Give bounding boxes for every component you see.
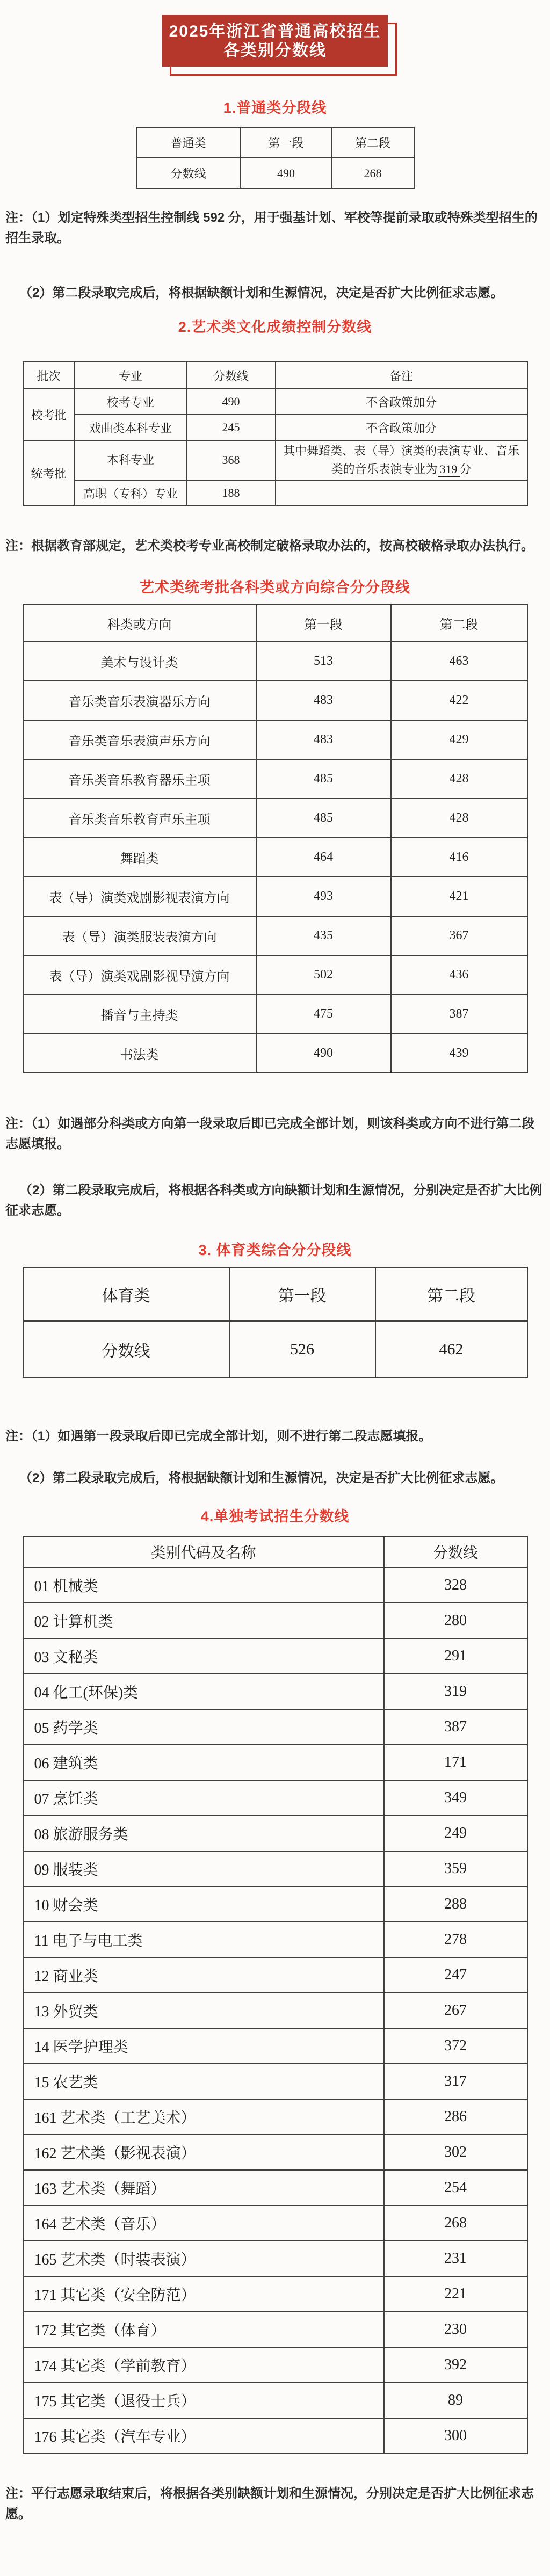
- score-cell: 268: [384, 2205, 527, 2241]
- table-row: 12 商业类 247: [23, 1957, 527, 1993]
- note-text: 注：（1）如遇第一段录取后即已完成全部计划，则不进行第二段志愿填报。: [5, 1426, 544, 1447]
- category-code-cell: 07 烹饪类: [23, 1780, 384, 1816]
- score-cell: 367: [391, 916, 527, 955]
- table-row: 表（导）演类戏剧影视导演方向 502 436: [23, 955, 527, 995]
- score-cell: 254: [384, 2170, 527, 2205]
- table-row: 162 艺术类（影视表演） 302: [23, 2135, 527, 2170]
- category-code-cell: 03 文秘类: [23, 1638, 384, 1674]
- general-category-table: 普通类 第一段 第二段 分数线 490 268: [136, 127, 415, 189]
- remark-cell: 其中舞蹈类、表（导）演类的表演专业、音乐类的音乐表演专业为319分: [276, 440, 527, 480]
- table-row: 164 艺术类（音乐） 268: [23, 2205, 527, 2241]
- table-row: 08 旅游服务类 249: [23, 1816, 527, 1851]
- score-cell: 89: [384, 2383, 527, 2418]
- page-title-line2: 各类别分数线: [162, 41, 388, 61]
- category-code-cell: 06 建筑类: [23, 1745, 384, 1780]
- score-cell: 422: [391, 681, 527, 720]
- score-cell: 288: [384, 1886, 527, 1922]
- category-code-cell: 13 外贸类: [23, 1993, 384, 2028]
- score-cell: 436: [391, 955, 527, 995]
- remark-cell: 不含政策加分: [276, 389, 527, 415]
- score-cell: 171: [384, 1745, 527, 1780]
- arts-comprehensive-body: 美术与设计类 513 463 音乐类音乐表演器乐方向 483 422 音乐类音乐…: [23, 642, 527, 1073]
- table-row: 音乐类音乐教育器乐主项 485 428: [23, 759, 527, 799]
- score-cell: 387: [391, 995, 527, 1034]
- category-cell: 播音与主持类: [23, 995, 256, 1034]
- remark-cell: [276, 480, 527, 506]
- note-text: 注：根据教育部规定，艺术类校考专业高校制定破格录取办法的，按高校破格录取办法执行…: [5, 536, 544, 556]
- score-cell: 513: [256, 642, 391, 681]
- document-page: 2025年浙江省普通高校招生 各类别分数线 1.普通类分段线 普通类 第一段 第…: [0, 0, 550, 2548]
- sports-table: 体育类 第一段 第二段 分数线 526 462: [23, 1267, 528, 1378]
- category-code-cell: 01 机械类: [23, 1568, 384, 1603]
- table-row: 172 其它类（体育） 230: [23, 2312, 527, 2347]
- score-cell: 286: [384, 2099, 527, 2135]
- table-row: 03 文秘类 291: [23, 1638, 527, 1674]
- note-text: （2）第二段录取完成后，将根据各科类或方向缺额计划和生源情况，分别决定是否扩大比…: [5, 1180, 544, 1221]
- section3-title: 3. 体育类综合分分段线: [0, 1242, 550, 1259]
- category-cell: 表（导）演类服装表演方向: [23, 916, 256, 955]
- score-cell: 483: [256, 681, 391, 720]
- remark-underlined-score: 319: [438, 462, 460, 477]
- table-row: 音乐类音乐表演声乐方向 483 429: [23, 720, 527, 759]
- category-cell: 舞蹈类: [23, 838, 256, 877]
- category-code-cell: 161 艺术类（工艺美术）: [23, 2099, 384, 2135]
- header-cell: 第一段: [256, 604, 391, 642]
- page-title-line1: 2025年浙江省普通高校招生: [162, 22, 388, 41]
- category-cell: 美术与设计类: [23, 642, 256, 681]
- score-cell: 428: [391, 799, 527, 838]
- category-code-cell: 174 其它类（学前教育）: [23, 2347, 384, 2383]
- table-row: 分数线 526 462: [23, 1321, 527, 1377]
- header-cell: 类别代码及名称: [23, 1536, 384, 1568]
- table-row: 13 外贸类 267: [23, 1993, 527, 2028]
- category-code-cell: 08 旅游服务类: [23, 1816, 384, 1851]
- score-cell: 490: [256, 1034, 391, 1073]
- header-cell: 第二段: [332, 127, 414, 158]
- score-cell: 317: [384, 2064, 527, 2099]
- score-cell: 435: [256, 916, 391, 955]
- score-cell: 392: [384, 2347, 527, 2383]
- category-code-cell: 05 药学类: [23, 1709, 384, 1745]
- table-row: 10 财会类 288: [23, 1886, 527, 1922]
- score-cell: 387: [384, 1709, 527, 1745]
- header-cell: 普通类: [136, 127, 241, 158]
- score-cell: 485: [256, 759, 391, 799]
- page-title-banner: 2025年浙江省普通高校招生 各类别分数线: [162, 15, 388, 67]
- score-cell: 328: [384, 1568, 527, 1603]
- score-cell: 302: [384, 2135, 527, 2170]
- score-cell: 490: [241, 158, 332, 188]
- score-cell: 428: [391, 759, 527, 799]
- category-code-cell: 04 化工(环保)类: [23, 1674, 384, 1709]
- batch-cell: 统考批: [23, 440, 75, 506]
- table-header-row: 普通类 第一段 第二段: [136, 127, 414, 158]
- table-row: 14 医学护理类 372: [23, 2028, 527, 2064]
- table-row: 统考批 本科专业 368 其中舞蹈类、表（导）演类的表演专业、音乐类的音乐表演专…: [23, 440, 527, 480]
- category-cell: 音乐类音乐教育器乐主项: [23, 759, 256, 799]
- table-row: 06 建筑类 171: [23, 1745, 527, 1780]
- score-cell: 429: [391, 720, 527, 759]
- table-row: 04 化工(环保)类 319: [23, 1674, 527, 1709]
- category-code-cell: 163 艺术类（舞蹈）: [23, 2170, 384, 2205]
- score-cell: 278: [384, 1922, 527, 1957]
- category-code-cell: 162 艺术类（影视表演）: [23, 2135, 384, 2170]
- category-cell: 表（导）演类戏剧影视表演方向: [23, 877, 256, 916]
- score-cell: 245: [187, 415, 276, 440]
- table-row: 07 烹饪类 349: [23, 1780, 527, 1816]
- major-cell: 本科专业: [75, 440, 187, 480]
- remark-cell: 不含政策加分: [276, 415, 527, 440]
- arts-comprehensive-table: 科类或方向 第一段 第二段 美术与设计类 513 463 音乐类音乐表演器乐方向…: [23, 604, 528, 1073]
- score-cell: 359: [384, 1851, 527, 1886]
- table-row: 校考批 校考专业 490 不含政策加分: [23, 389, 527, 415]
- score-cell: 221: [384, 2276, 527, 2312]
- table-header-row: 体育类 第一段 第二段: [23, 1267, 527, 1321]
- score-cell: 349: [384, 1780, 527, 1816]
- header-cell: 专业: [75, 362, 187, 389]
- category-cell: 书法类: [23, 1034, 256, 1073]
- header-cell: 备注: [276, 362, 527, 389]
- remark-text: 其中舞蹈类、表（导）演类的表演专业、音乐类的音乐表演专业为: [283, 444, 519, 476]
- category-code-cell: 172 其它类（体育）: [23, 2312, 384, 2347]
- category-cell: 音乐类音乐表演声乐方向: [23, 720, 256, 759]
- score-cell: 249: [384, 1816, 527, 1851]
- score-cell: 416: [391, 838, 527, 877]
- table-row: 174 其它类（学前教育） 392: [23, 2347, 527, 2383]
- category-code-cell: 09 服装类: [23, 1851, 384, 1886]
- score-cell: 502: [256, 955, 391, 995]
- header-cell: 体育类: [23, 1267, 229, 1321]
- table-row: 165 艺术类（时装表演） 231: [23, 2241, 527, 2276]
- score-cell: 247: [384, 1957, 527, 1993]
- score-cell: 230: [384, 2312, 527, 2347]
- category-cell: 音乐类音乐表演器乐方向: [23, 681, 256, 720]
- score-cell: 231: [384, 2241, 527, 2276]
- header-cell: 分数线: [187, 362, 276, 389]
- score-cell: 267: [384, 1993, 527, 2028]
- category-code-cell: 12 商业类: [23, 1957, 384, 1993]
- score-cell: 439: [391, 1034, 527, 1073]
- category-code-cell: 164 艺术类（音乐）: [23, 2205, 384, 2241]
- category-code-cell: 14 医学护理类: [23, 2028, 384, 2064]
- major-cell: 校考专业: [75, 389, 187, 415]
- category-cell: 表（导）演类戏剧影视导演方向: [23, 955, 256, 995]
- header-cell: 分数线: [384, 1536, 527, 1568]
- major-cell: 戏曲类本科专业: [75, 415, 187, 440]
- table-row: 15 农艺类 317: [23, 2064, 527, 2099]
- score-cell: 368: [187, 440, 276, 480]
- note-text: 注：（1）划定特殊类型招生控制线 592 分，用于强基计划、军校等提前录取或特殊…: [5, 208, 544, 249]
- category-code-cell: 15 农艺类: [23, 2064, 384, 2099]
- score-cell: 268: [332, 158, 414, 188]
- score-cell: 280: [384, 1603, 527, 1638]
- table-row: 175 其它类（退役士兵） 89: [23, 2383, 527, 2418]
- table-row: 02 计算机类 280: [23, 1603, 527, 1638]
- score-cell: 463: [391, 642, 527, 681]
- table-row: 171 其它类（安全防范） 221: [23, 2276, 527, 2312]
- table-row: 05 药学类 387: [23, 1709, 527, 1745]
- score-cell: 493: [256, 877, 391, 916]
- table-row: 书法类 490 439: [23, 1034, 527, 1073]
- table-header-row: 科类或方向 第一段 第二段: [23, 604, 527, 642]
- score-cell: 490: [187, 389, 276, 415]
- score-cell: 464: [256, 838, 391, 877]
- separate-exam-body: 01 机械类 328 02 计算机类 280 03 文秘类 291 04 化工(…: [23, 1568, 527, 2454]
- table-row: 音乐类音乐教育声乐主项 485 428: [23, 799, 527, 838]
- section1-title: 1.普通类分段线: [0, 99, 550, 117]
- arts-culture-table: 批次 专业 分数线 备注 校考批 校考专业 490 不含政策加分 戏曲类本科专业…: [23, 361, 528, 506]
- table-row: 播音与主持类 475 387: [23, 995, 527, 1034]
- score-cell: 188: [187, 480, 276, 506]
- table-row: 09 服装类 359: [23, 1851, 527, 1886]
- note-text: （2）第二段录取完成后，将根据缺额计划和生源情况，决定是否扩大比例征求志愿。: [5, 283, 544, 303]
- row-label-cell: 分数线: [136, 158, 241, 188]
- header-cell: 第一段: [229, 1267, 375, 1321]
- remark-text: 分: [460, 462, 472, 476]
- section2-title: 2.艺术类文化成绩控制分数线: [0, 318, 550, 336]
- category-code-cell: 171 其它类（安全防范）: [23, 2276, 384, 2312]
- table-row: 11 电子与电工类 278: [23, 1922, 527, 1957]
- separate-exam-table: 类别代码及名称 分数线 01 机械类 328 02 计算机类 280 03 文秘…: [23, 1536, 528, 2454]
- note-text: 注：平行志愿录取结束后，将根据各类别缺额计划和生源情况，分别决定是否扩大比例征求…: [5, 2484, 544, 2524]
- table-row: 戏曲类本科专业 245 不含政策加分: [23, 415, 527, 440]
- category-code-cell: 11 电子与电工类: [23, 1922, 384, 1957]
- score-cell: 300: [384, 2418, 527, 2454]
- category-code-cell: 10 财会类: [23, 1886, 384, 1922]
- major-cell: 高职（专科）专业: [75, 480, 187, 506]
- category-code-cell: 175 其它类（退役士兵）: [23, 2383, 384, 2418]
- score-cell: 485: [256, 799, 391, 838]
- table-row: 163 艺术类（舞蹈） 254: [23, 2170, 527, 2205]
- section2b-title: 艺术类统考批各科类或方向综合分分段线: [0, 579, 550, 596]
- category-code-cell: 02 计算机类: [23, 1603, 384, 1638]
- row-label-cell: 分数线: [23, 1321, 229, 1377]
- header-cell: 第二段: [375, 1267, 527, 1321]
- score-cell: 526: [229, 1321, 375, 1377]
- score-cell: 475: [256, 995, 391, 1034]
- score-cell: 319: [384, 1674, 527, 1709]
- table-row: 音乐类音乐表演器乐方向 483 422: [23, 681, 527, 720]
- header-cell: 批次: [23, 362, 75, 389]
- table-row: 表（导）演类戏剧影视表演方向 493 421: [23, 877, 527, 916]
- table-row: 176 其它类（汽车专业） 300: [23, 2418, 527, 2454]
- header-cell: 第一段: [241, 127, 332, 158]
- score-cell: 421: [391, 877, 527, 916]
- table-header-row: 批次 专业 分数线 备注: [23, 362, 527, 389]
- score-cell: 372: [384, 2028, 527, 2064]
- table-row: 161 艺术类（工艺美术） 286: [23, 2099, 527, 2135]
- table-header-row: 类别代码及名称 分数线: [23, 1536, 527, 1568]
- table-row: 表（导）演类服装表演方向 435 367: [23, 916, 527, 955]
- category-cell: 音乐类音乐教育声乐主项: [23, 799, 256, 838]
- table-row: 舞蹈类 464 416: [23, 838, 527, 877]
- score-cell: 291: [384, 1638, 527, 1674]
- category-code-cell: 165 艺术类（时装表演）: [23, 2241, 384, 2276]
- table-row: 高职（专科）专业 188: [23, 480, 527, 506]
- note-text: （2）第二段录取完成后，将根据缺额计划和生源情况，决定是否扩大比例征求志愿。: [5, 1468, 544, 1489]
- table-row: 01 机械类 328: [23, 1568, 527, 1603]
- table-row: 分数线 490 268: [136, 158, 414, 188]
- header-cell: 第二段: [391, 604, 527, 642]
- score-cell: 483: [256, 720, 391, 759]
- header-cell: 科类或方向: [23, 604, 256, 642]
- batch-cell: 校考批: [23, 389, 75, 440]
- note-text: 注：（1）如遇部分科类或方向第一段录取后即已完成全部计划，则该科类或方向不进行第…: [5, 1114, 544, 1155]
- table-row: 美术与设计类 513 463: [23, 642, 527, 681]
- score-cell: 462: [375, 1321, 527, 1377]
- category-code-cell: 176 其它类（汽车专业）: [23, 2418, 384, 2454]
- section4-title: 4.单独考试招生分数线: [0, 1508, 550, 1525]
